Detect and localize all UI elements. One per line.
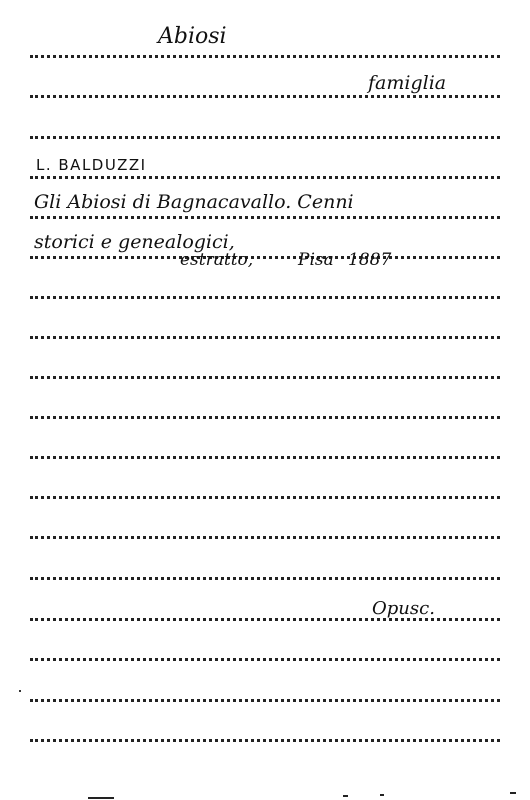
- ruled-line: [30, 336, 500, 339]
- ruled-line: [30, 739, 500, 742]
- ruled-line: [30, 496, 500, 499]
- author: L. BALDUZZI: [36, 156, 147, 174]
- ruled-line: [30, 376, 500, 379]
- ruled-line: [30, 176, 500, 179]
- publication-place: Pisa: [298, 250, 334, 270]
- ruled-line: [30, 536, 500, 539]
- scan-mark: [380, 794, 384, 796]
- ruled-line: [30, 256, 500, 259]
- ruled-line: [30, 699, 500, 702]
- ruled-line: [30, 658, 500, 661]
- title-line-1: Gli Abiosi di Bagnacavallo. Cenni: [34, 191, 354, 213]
- scan-speck: [19, 690, 21, 692]
- ruled-line: [30, 296, 500, 299]
- ruled-line: [30, 136, 500, 139]
- ruled-line: [30, 95, 500, 98]
- ruled-line: [30, 456, 500, 459]
- ruled-line: [30, 577, 500, 580]
- ruled-line: [30, 55, 500, 58]
- ruled-line: [30, 216, 500, 219]
- scan-mark: [510, 792, 516, 794]
- publication-note: estratto,: [180, 250, 253, 270]
- publication-year: 1887: [348, 250, 391, 270]
- scan-mark: [88, 797, 114, 799]
- ruled-line: [30, 416, 500, 419]
- scan-mark: [343, 795, 348, 797]
- shelf-mark: Opusc.: [372, 598, 435, 619]
- category: famiglia: [368, 72, 446, 94]
- surname: Abiosi: [158, 24, 227, 49]
